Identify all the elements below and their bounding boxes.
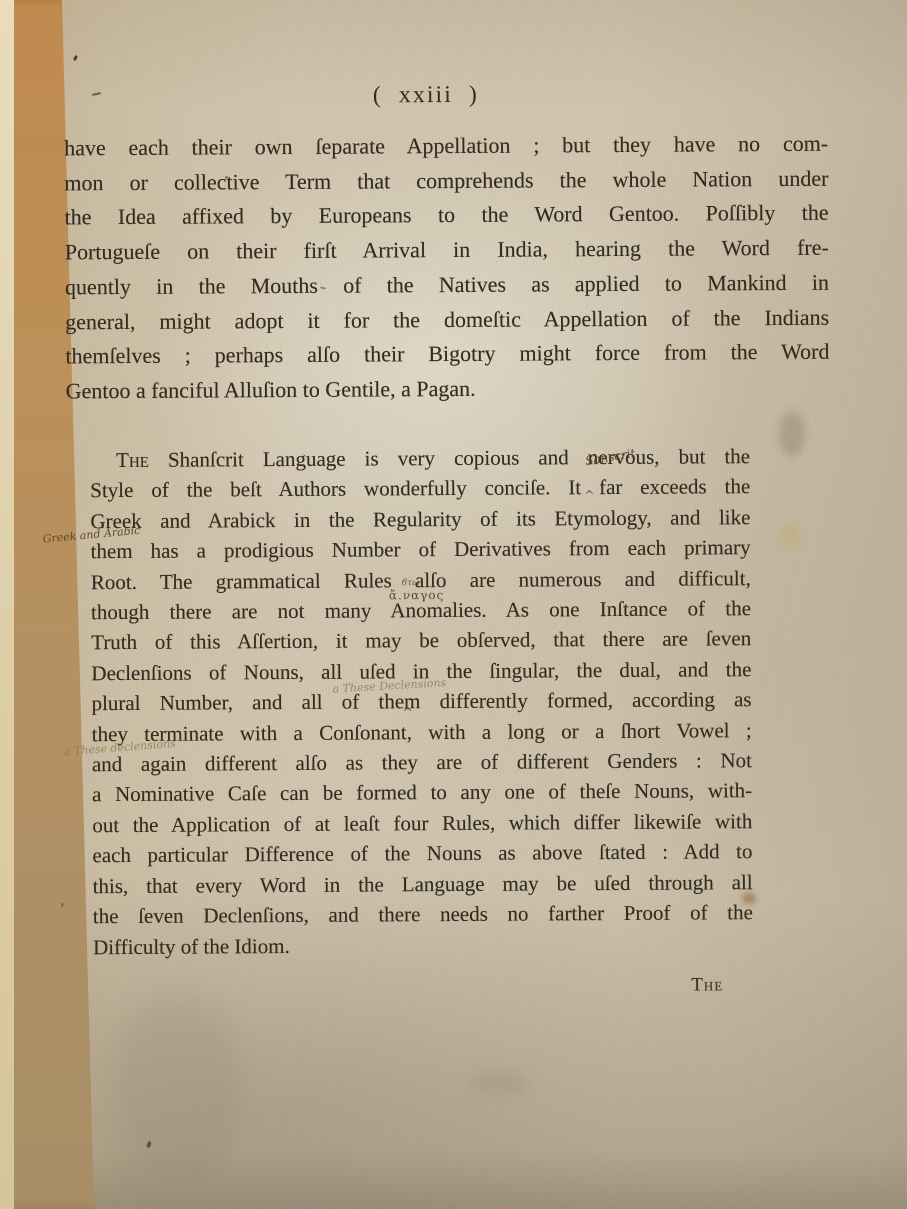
- text-line: quently in the Mouths of the Natives as …: [65, 266, 829, 305]
- text-line: Style of the beſt Authors wonderfully co…: [90, 472, 750, 506]
- text-line: have each their own ſeparate Appellation…: [64, 127, 828, 166]
- text-line: and again different alſo as they are of …: [92, 745, 752, 779]
- text-line: general, might adopt it for the domeſtic…: [65, 300, 829, 339]
- text-line: The Shanſcrit Language is very copious a…: [90, 441, 750, 475]
- text-line: mon or collective Term that comprehends …: [64, 161, 828, 200]
- text-line: they terminate with a Conſonant, with a …: [92, 715, 752, 749]
- text-line: a Nominative Caſe can be formed to any o…: [92, 776, 752, 810]
- text-line: the ſeven Declenſions, and there needs n…: [93, 897, 753, 931]
- paragraph-gentoo: have each their own ſeparate Appellation…: [64, 127, 830, 409]
- text-line: plural Number, and all of them different…: [91, 684, 751, 718]
- text-line: Root. The grammatical Rules alſo are num…: [91, 563, 751, 597]
- first-line-rest: Shanſcrit Language is very copious and n…: [168, 444, 750, 472]
- text-line: Declenſions of Nouns, all uſed in the ſi…: [91, 654, 751, 688]
- text-line: out the Application of at leaſt four Rul…: [92, 806, 752, 840]
- text-line: Portugueſe on their firſt Arrival in Ind…: [65, 231, 829, 270]
- text-line: though there are not many Anomalies. As …: [91, 593, 751, 627]
- text-line: the Idea affixed by Europeans to the Wor…: [64, 196, 828, 235]
- paragraph-shanscrit: The Shanſcrit Language is very copious a…: [90, 441, 753, 962]
- text-line: Greek and Arabick in the Regularity of i…: [90, 502, 750, 536]
- page-number: ( xxiii ): [66, 80, 786, 111]
- text-line: this, that every Word in the Language ma…: [93, 867, 753, 901]
- text-line: Gentoo a fanciful Alluſion to Gentile, a…: [66, 370, 830, 409]
- ink-speck: [225, 176, 228, 179]
- text-line: Truth of this Aſſertion, it may be obſer…: [91, 624, 751, 658]
- text-line: Difficulty of the Idiom.: [93, 928, 753, 962]
- lead-word-smallcaps: The: [116, 448, 149, 472]
- text-line: them has a prodigious Number of Derivati…: [91, 532, 751, 566]
- printed-text-layer: ( xxiii ) have each their own ſeparate A…: [0, 0, 907, 1209]
- stray-pen-mark: ’: [60, 900, 65, 918]
- text-line: themſelves ; perhaps alſo their Bigotry …: [65, 335, 829, 374]
- book-page-photo: ( xxiii ) have each their own ſeparate A…: [0, 0, 907, 1209]
- text-line: each particular Difference of the Nouns …: [92, 836, 752, 870]
- catchword: The: [691, 974, 723, 996]
